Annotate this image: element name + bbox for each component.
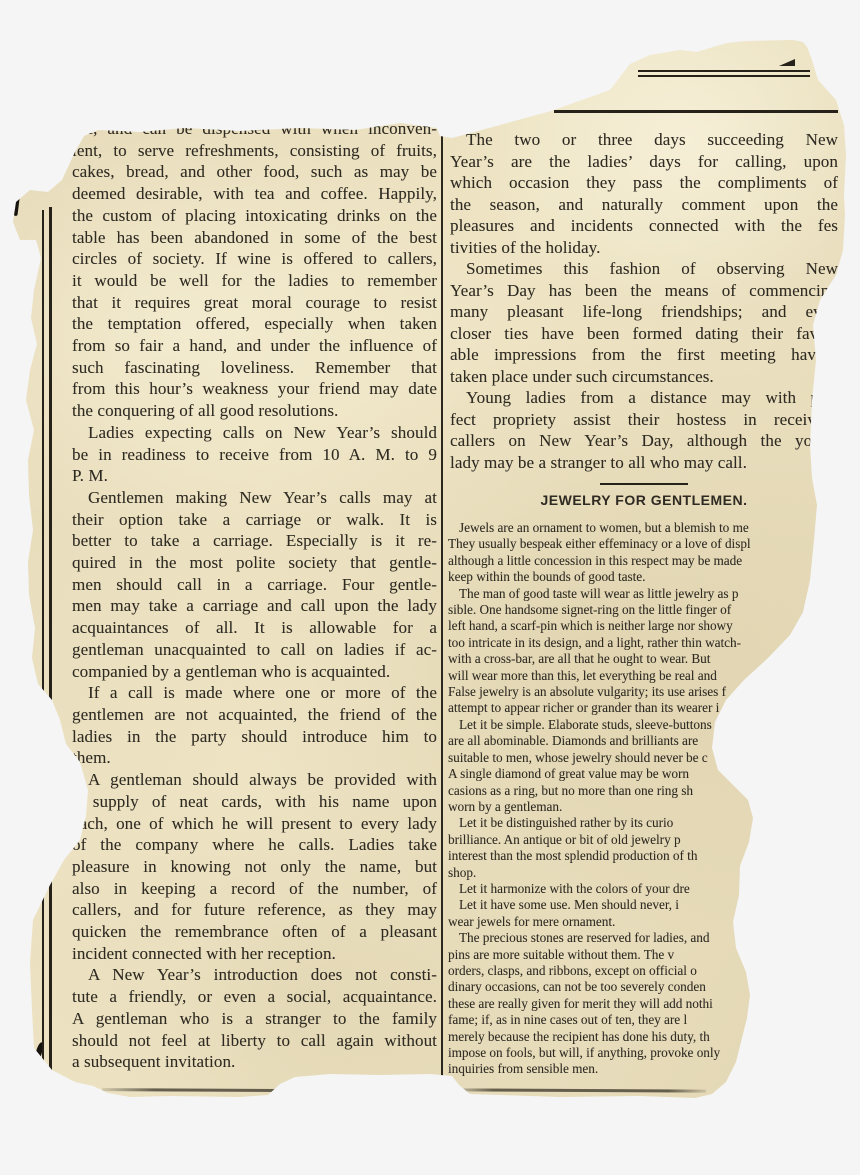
newspaper-clipping: nal, and can be dispensed with when inco… bbox=[0, 0, 860, 1175]
masthead-heavy-rule bbox=[554, 110, 838, 113]
text-line: from so fair a hand, and under the influ… bbox=[72, 335, 437, 357]
text-line: are all abominable. Diamonds and brillia… bbox=[448, 733, 840, 749]
paragraph: If a call is made where one or more of t… bbox=[72, 682, 437, 769]
torn-edge-ink-mark bbox=[13, 190, 20, 216]
paragraph: Let it have some use. Men should never, … bbox=[448, 897, 840, 930]
text-line: fect propriety assist their hostess in r… bbox=[450, 409, 838, 431]
text-line: incident connected with her reception. bbox=[72, 943, 437, 965]
text-line: dinary occasions, can not be too severel… bbox=[448, 979, 840, 995]
text-line: quired in the most polite society that g… bbox=[72, 552, 437, 574]
text-line: able impressions from the first meeting … bbox=[450, 344, 838, 366]
text-line: pleasures and incidents connected with t… bbox=[450, 215, 838, 237]
section-heading: JEWELRY FOR GENTLEMEN. bbox=[448, 492, 840, 508]
text-line: casions as a ring, but no more than one … bbox=[448, 783, 840, 799]
text-line: merely because the recipient has done hi… bbox=[448, 1029, 840, 1045]
paragraph: Sometimes this fashion of observing NewY… bbox=[450, 258, 838, 387]
text-line: be in readiness to receive from 10 A. M.… bbox=[72, 444, 437, 466]
text-line: their option take a carriage or walk. It… bbox=[72, 509, 437, 531]
text-line: Let it have some use. Men should never, … bbox=[448, 897, 840, 913]
text-line: impose on fools, but will, if anything, … bbox=[448, 1045, 840, 1061]
text-line: the custom of placing intoxicating drink… bbox=[72, 205, 437, 227]
text-line: table has been abandoned in some of the … bbox=[72, 227, 437, 249]
text-line: gentlemen are not acquainted, the friend… bbox=[72, 704, 437, 726]
text-line: interest than the most splendid producti… bbox=[448, 848, 840, 864]
text-line: Let it harmonize with the colors of your… bbox=[448, 881, 840, 897]
paragraph: nal, and can be dispensed with when inco… bbox=[72, 118, 437, 422]
text-line: Ladies expecting calls on New Year’s sho… bbox=[72, 422, 437, 444]
paragraph: The man of good taste will wear as littl… bbox=[448, 586, 840, 717]
text-line: that it requires great moral courage to … bbox=[72, 292, 437, 314]
text-line: men should call in a carriage. Four gent… bbox=[72, 574, 437, 596]
text-line: many pleasant life-long friendships; and… bbox=[450, 301, 838, 323]
text-line: although a little concession in this res… bbox=[448, 553, 840, 569]
text-line: also in keeping a record of the number, … bbox=[72, 878, 437, 900]
text-line: lady may be a stranger to all who may ca… bbox=[450, 452, 838, 474]
text-line: A New Year’s introduction does not const… bbox=[72, 964, 437, 986]
paragraph: Ladies expecting calls on New Year’s sho… bbox=[72, 422, 437, 487]
text-line: tute a friendly, or even a social, acqua… bbox=[72, 986, 437, 1008]
text-line: suitable to men, whose jewelry should ne… bbox=[448, 750, 840, 766]
text-line: quicken the remembrance often of a pleas… bbox=[72, 921, 437, 943]
masthead-rule-line bbox=[638, 70, 810, 72]
text-line: False jewelry is an absolute vulgarity; … bbox=[448, 684, 840, 700]
section-divider-rule bbox=[600, 483, 688, 485]
jewelry-section: JEWELRY FOR GENTLEMEN. Jewels are an orn… bbox=[448, 473, 840, 1078]
text-line: them. bbox=[72, 747, 437, 769]
text-line: each, one of which he will present to ev… bbox=[72, 813, 437, 835]
text-line: from this hour’s weakness your friend ma… bbox=[72, 378, 437, 400]
text-line: such fascinating loveliness. Remember th… bbox=[72, 357, 437, 379]
text-line: callers, and for future reference, as th… bbox=[72, 899, 437, 921]
text-line: A single diamond of great value may be w… bbox=[448, 766, 840, 782]
text-line: A gentleman should always be provided wi… bbox=[72, 769, 437, 791]
text-line: inquiries from sensible men. bbox=[448, 1061, 840, 1077]
paragraph: The two or three days succeeding NewYear… bbox=[450, 129, 838, 258]
text-line: deemed desirable, with tea and coffee. H… bbox=[72, 183, 437, 205]
text-line: Let it be simple. Elaborate studs, sleev… bbox=[448, 717, 840, 733]
text-line: cakes, bread, and other food, such as ma… bbox=[72, 161, 437, 183]
text-line: better to take a carriage. Especially is… bbox=[72, 530, 437, 552]
bottom-edge-shadow bbox=[456, 1088, 706, 1092]
paragraph: Young ladies from a distance may with pe… bbox=[450, 387, 838, 473]
text-line: men may take a carriage and call upon th… bbox=[72, 595, 437, 617]
text-line: They usually bespeak either effeminacy o… bbox=[448, 536, 840, 552]
text-line: keep within the bounds of good taste. bbox=[448, 569, 840, 585]
text-line: a subsequent invitation. bbox=[72, 1051, 437, 1073]
text-line: attempt to appear richer or grander than… bbox=[448, 700, 840, 716]
text-line: the temptation offered, especially when … bbox=[72, 313, 437, 335]
text-line: companied by a gentleman who is acquaint… bbox=[72, 661, 437, 683]
text-line: The man of good taste will wear as littl… bbox=[448, 586, 840, 602]
text-line: too intricate in its design, and a light… bbox=[448, 635, 840, 651]
text-line: sible. One handsome signet-ring on the l… bbox=[448, 602, 840, 618]
text-line: should not feel at liberty to call again… bbox=[72, 1030, 437, 1052]
text-line: gentleman unacquainted to call on ladies… bbox=[72, 639, 437, 661]
text-line: If a call is made where one or more of t… bbox=[72, 682, 437, 704]
text-line: which occasion they pass the compliments… bbox=[450, 172, 838, 194]
right-column: The two or three days succeeding NewYear… bbox=[450, 129, 838, 473]
text-line: Let it be distinguished rather by its cu… bbox=[448, 815, 840, 831]
text-line: worn by a gentleman. bbox=[448, 799, 840, 815]
text-line: orders, clasps, and ribbons, except on o… bbox=[448, 963, 840, 979]
text-line: tivities of the holiday. bbox=[450, 237, 838, 259]
left-column: nal, and can be dispensed with when inco… bbox=[72, 118, 437, 1073]
text-line: the conquering of all good resolutions. bbox=[72, 400, 437, 422]
text-line: wear jewels for mere ornament. bbox=[448, 914, 840, 930]
text-line: it would be well for the ladies to remem… bbox=[72, 270, 437, 292]
text-line: taken place under such circumstances. bbox=[450, 366, 838, 388]
masthead-rule-line bbox=[638, 75, 810, 77]
jewelry-column: Jewels are an ornament to women, but a b… bbox=[448, 520, 840, 1078]
text-line: Year’s Day has been the means of commenc… bbox=[450, 280, 838, 302]
text-line: closer ties have been formed dating thei… bbox=[450, 323, 838, 345]
paragraph: A gentleman should always be provided wi… bbox=[72, 769, 437, 964]
text-line: Gentlemen making New Year’s calls may at bbox=[72, 487, 437, 509]
paragraph: Let it be distinguished rather by its cu… bbox=[448, 815, 840, 881]
masthead-pointer-icon bbox=[779, 59, 795, 66]
text-line: with a cross-bar, are all that he ought … bbox=[448, 651, 840, 667]
bottom-edge-shadow bbox=[102, 1088, 450, 1093]
text-line: Year’s are the ladies’ days for calling,… bbox=[450, 151, 838, 173]
text-line: nal, and can be dispensed with when inco… bbox=[72, 118, 437, 140]
paragraph: A New Year’s introduction does not const… bbox=[72, 964, 437, 1073]
text-line: shop. bbox=[448, 865, 840, 881]
text-line: brilliance. An antique or bit of old jew… bbox=[448, 832, 840, 848]
paragraph: Let it harmonize with the colors of your… bbox=[448, 881, 840, 897]
text-line: left hand, a scarf-pin which is neither … bbox=[448, 618, 840, 634]
paragraph: Jewels are an ornament to women, but a b… bbox=[448, 520, 840, 586]
text-line: P. M. bbox=[72, 465, 437, 487]
paragraph: Gentlemen making New Year’s calls may at… bbox=[72, 487, 437, 682]
text-line: of the company where he calls. Ladies ta… bbox=[72, 834, 437, 856]
text-line: pleasure in knowing not only the name, b… bbox=[72, 856, 437, 878]
paragraph: The precious stones are reserved for lad… bbox=[448, 930, 840, 1078]
text-line: ient, to serve refreshments, consisting … bbox=[72, 140, 437, 162]
page-border-rule-inner bbox=[49, 207, 52, 1073]
text-line: fame; if, as in nine cases out of ten, t… bbox=[448, 1012, 840, 1028]
torn-edge-ink-mark bbox=[13, 1074, 19, 1096]
text-line: callers on New Year’s Day, although the … bbox=[450, 430, 838, 452]
text-line: Jewels are an ornament to women, but a b… bbox=[448, 520, 840, 536]
text-line: Young ladies from a distance may with pe… bbox=[450, 387, 838, 409]
paragraph: Let it be simple. Elaborate studs, sleev… bbox=[448, 717, 840, 815]
text-line: the season, and naturally comment upon t… bbox=[450, 194, 838, 216]
text-line: will wear more than this, let everything… bbox=[448, 668, 840, 684]
text-line: acquaintances of all. It is allowable fo… bbox=[72, 617, 437, 639]
text-line: A gentleman who is a stranger to the fam… bbox=[72, 1008, 437, 1030]
text-line: The precious stones are reserved for lad… bbox=[448, 930, 840, 946]
text-line: Sometimes this fashion of observing New bbox=[450, 258, 838, 280]
text-line: pins are more suitable without them. The… bbox=[448, 947, 840, 963]
text-line: ladies in the party should introduce him… bbox=[72, 726, 437, 748]
text-line: a supply of neat cards, with his name up… bbox=[72, 791, 437, 813]
scan-background: nal, and can be dispensed with when inco… bbox=[0, 0, 860, 1175]
column-divider-rule bbox=[441, 135, 443, 1085]
text-line: these are really given for merit they wi… bbox=[448, 996, 840, 1012]
text-line: The two or three days succeeding New bbox=[450, 129, 838, 151]
text-line: circles of society. If wine is offered t… bbox=[72, 248, 437, 270]
masthead-double-rule bbox=[638, 70, 810, 80]
page-border-rule-outer bbox=[42, 210, 44, 1072]
